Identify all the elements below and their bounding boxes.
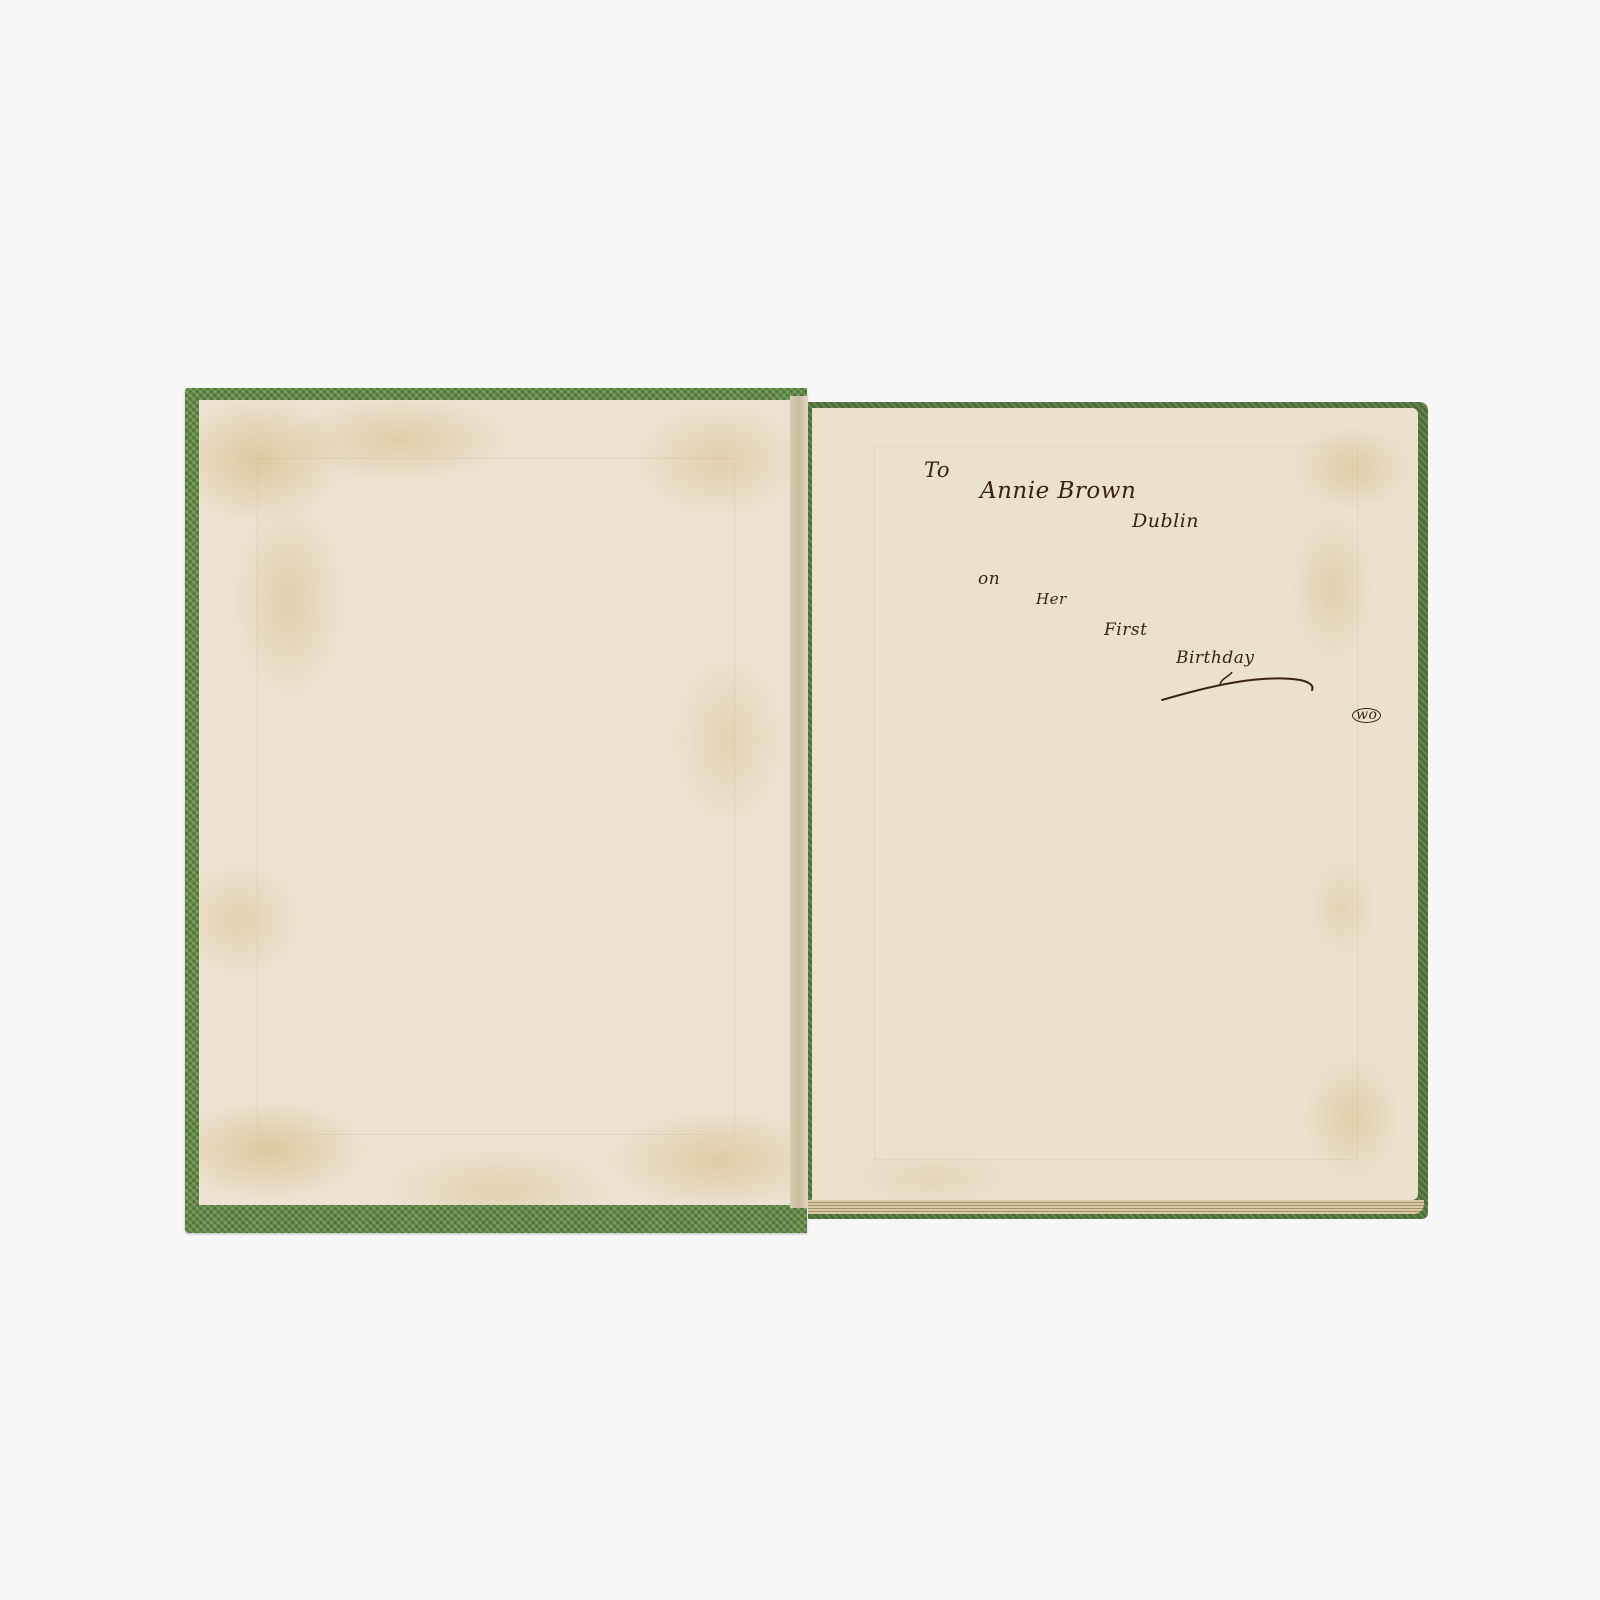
- open-book: To Annie Brown Dublin on Her First Birth…: [0, 0, 1600, 1600]
- inscription-first: First: [1104, 620, 1147, 640]
- signature-flourish-icon: [1160, 670, 1320, 710]
- inscription-to: To: [924, 458, 950, 482]
- inscription-birthday: Birthday: [1176, 648, 1254, 668]
- inscription-on: on: [978, 569, 1000, 589]
- front-pastedown-page: [199, 400, 793, 1205]
- page-impression-frame: [874, 446, 1358, 1160]
- flyleaf-page: [812, 408, 1418, 1200]
- inscription-her: Her: [1036, 590, 1067, 608]
- inscription-name: Annie Brown: [980, 478, 1136, 504]
- page-edges: [808, 1200, 1424, 1214]
- inscription-city: Dublin: [1132, 510, 1199, 532]
- book-gutter: [790, 396, 808, 1208]
- page-impression-frame: [257, 458, 735, 1135]
